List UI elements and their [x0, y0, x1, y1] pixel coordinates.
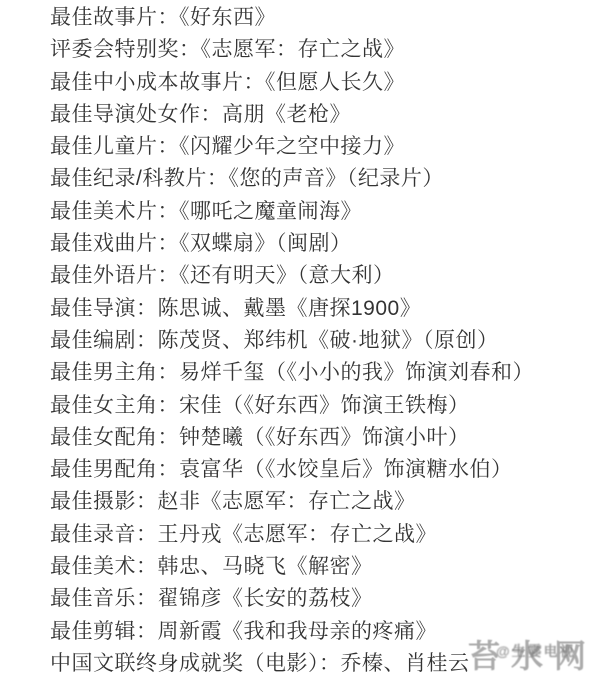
award-line: 最佳男主角：易烊千玺（《小小的我》饰演刘春和） [50, 357, 600, 389]
award-line: 最佳故事片：《好东西》 [50, 2, 600, 34]
award-line: 最佳导演处女作：高朋《老枪》 [50, 99, 600, 131]
award-line: 最佳录音：王丹戎《志愿军：存亡之战》 [50, 519, 600, 551]
award-line: 最佳剪辑：周新霞《我和我母亲的疼痛》 [50, 616, 600, 648]
award-line: 最佳男配角：袁富华（《水饺皇后》饰演糖水伯） [50, 454, 600, 486]
award-line: 最佳编剧：陈茂贤、郑纬机《破·地狱》（原创） [50, 325, 600, 357]
award-line: 最佳女配角：钟楚曦（《好东西》饰演小叶） [50, 422, 600, 454]
award-line: 最佳外语片：《还有明天》（意大利） [50, 260, 600, 292]
award-line: 最佳音乐：翟锦彦《长安的荔枝》 [50, 583, 600, 615]
page: 最佳故事片：《好东西》 评委会特别奖：《志愿军：存亡之战》 最佳中小成本故事片：… [0, 0, 600, 681]
award-line: 最佳纪录/科教片：《您的声音》（纪录片） [50, 163, 600, 195]
award-line: 最佳中小成本故事片：《但愿人长久》 [50, 67, 600, 99]
award-line: 最佳儿童片：《闪耀少年之空中接力》 [50, 131, 600, 163]
award-line: 最佳女主角：宋佳（《好东西》饰演王铁梅） [50, 390, 600, 422]
award-line: 最佳美术：韩忠、马晓飞《解密》 [50, 551, 600, 583]
award-line: 中国文联终身成就奖（电影）：乔榛、肖桂云 [50, 648, 600, 680]
awards-list: 最佳故事片：《好东西》 评委会特别奖：《志愿军：存亡之战》 最佳中小成本故事片：… [0, 0, 600, 680]
award-line: 最佳摄影：赵非《志愿军：存亡之战》 [50, 486, 600, 518]
award-line: 最佳导演：陈思诚、戴墨《唐探1900》 [50, 293, 600, 325]
award-line: 最佳戏曲片：《双蝶扇》（闽剧） [50, 228, 600, 260]
award-line: 最佳美术片：《哪吒之魔童闹海》 [50, 196, 600, 228]
award-line: 评委会特别奖：《志愿军：存亡之战》 [50, 34, 600, 66]
